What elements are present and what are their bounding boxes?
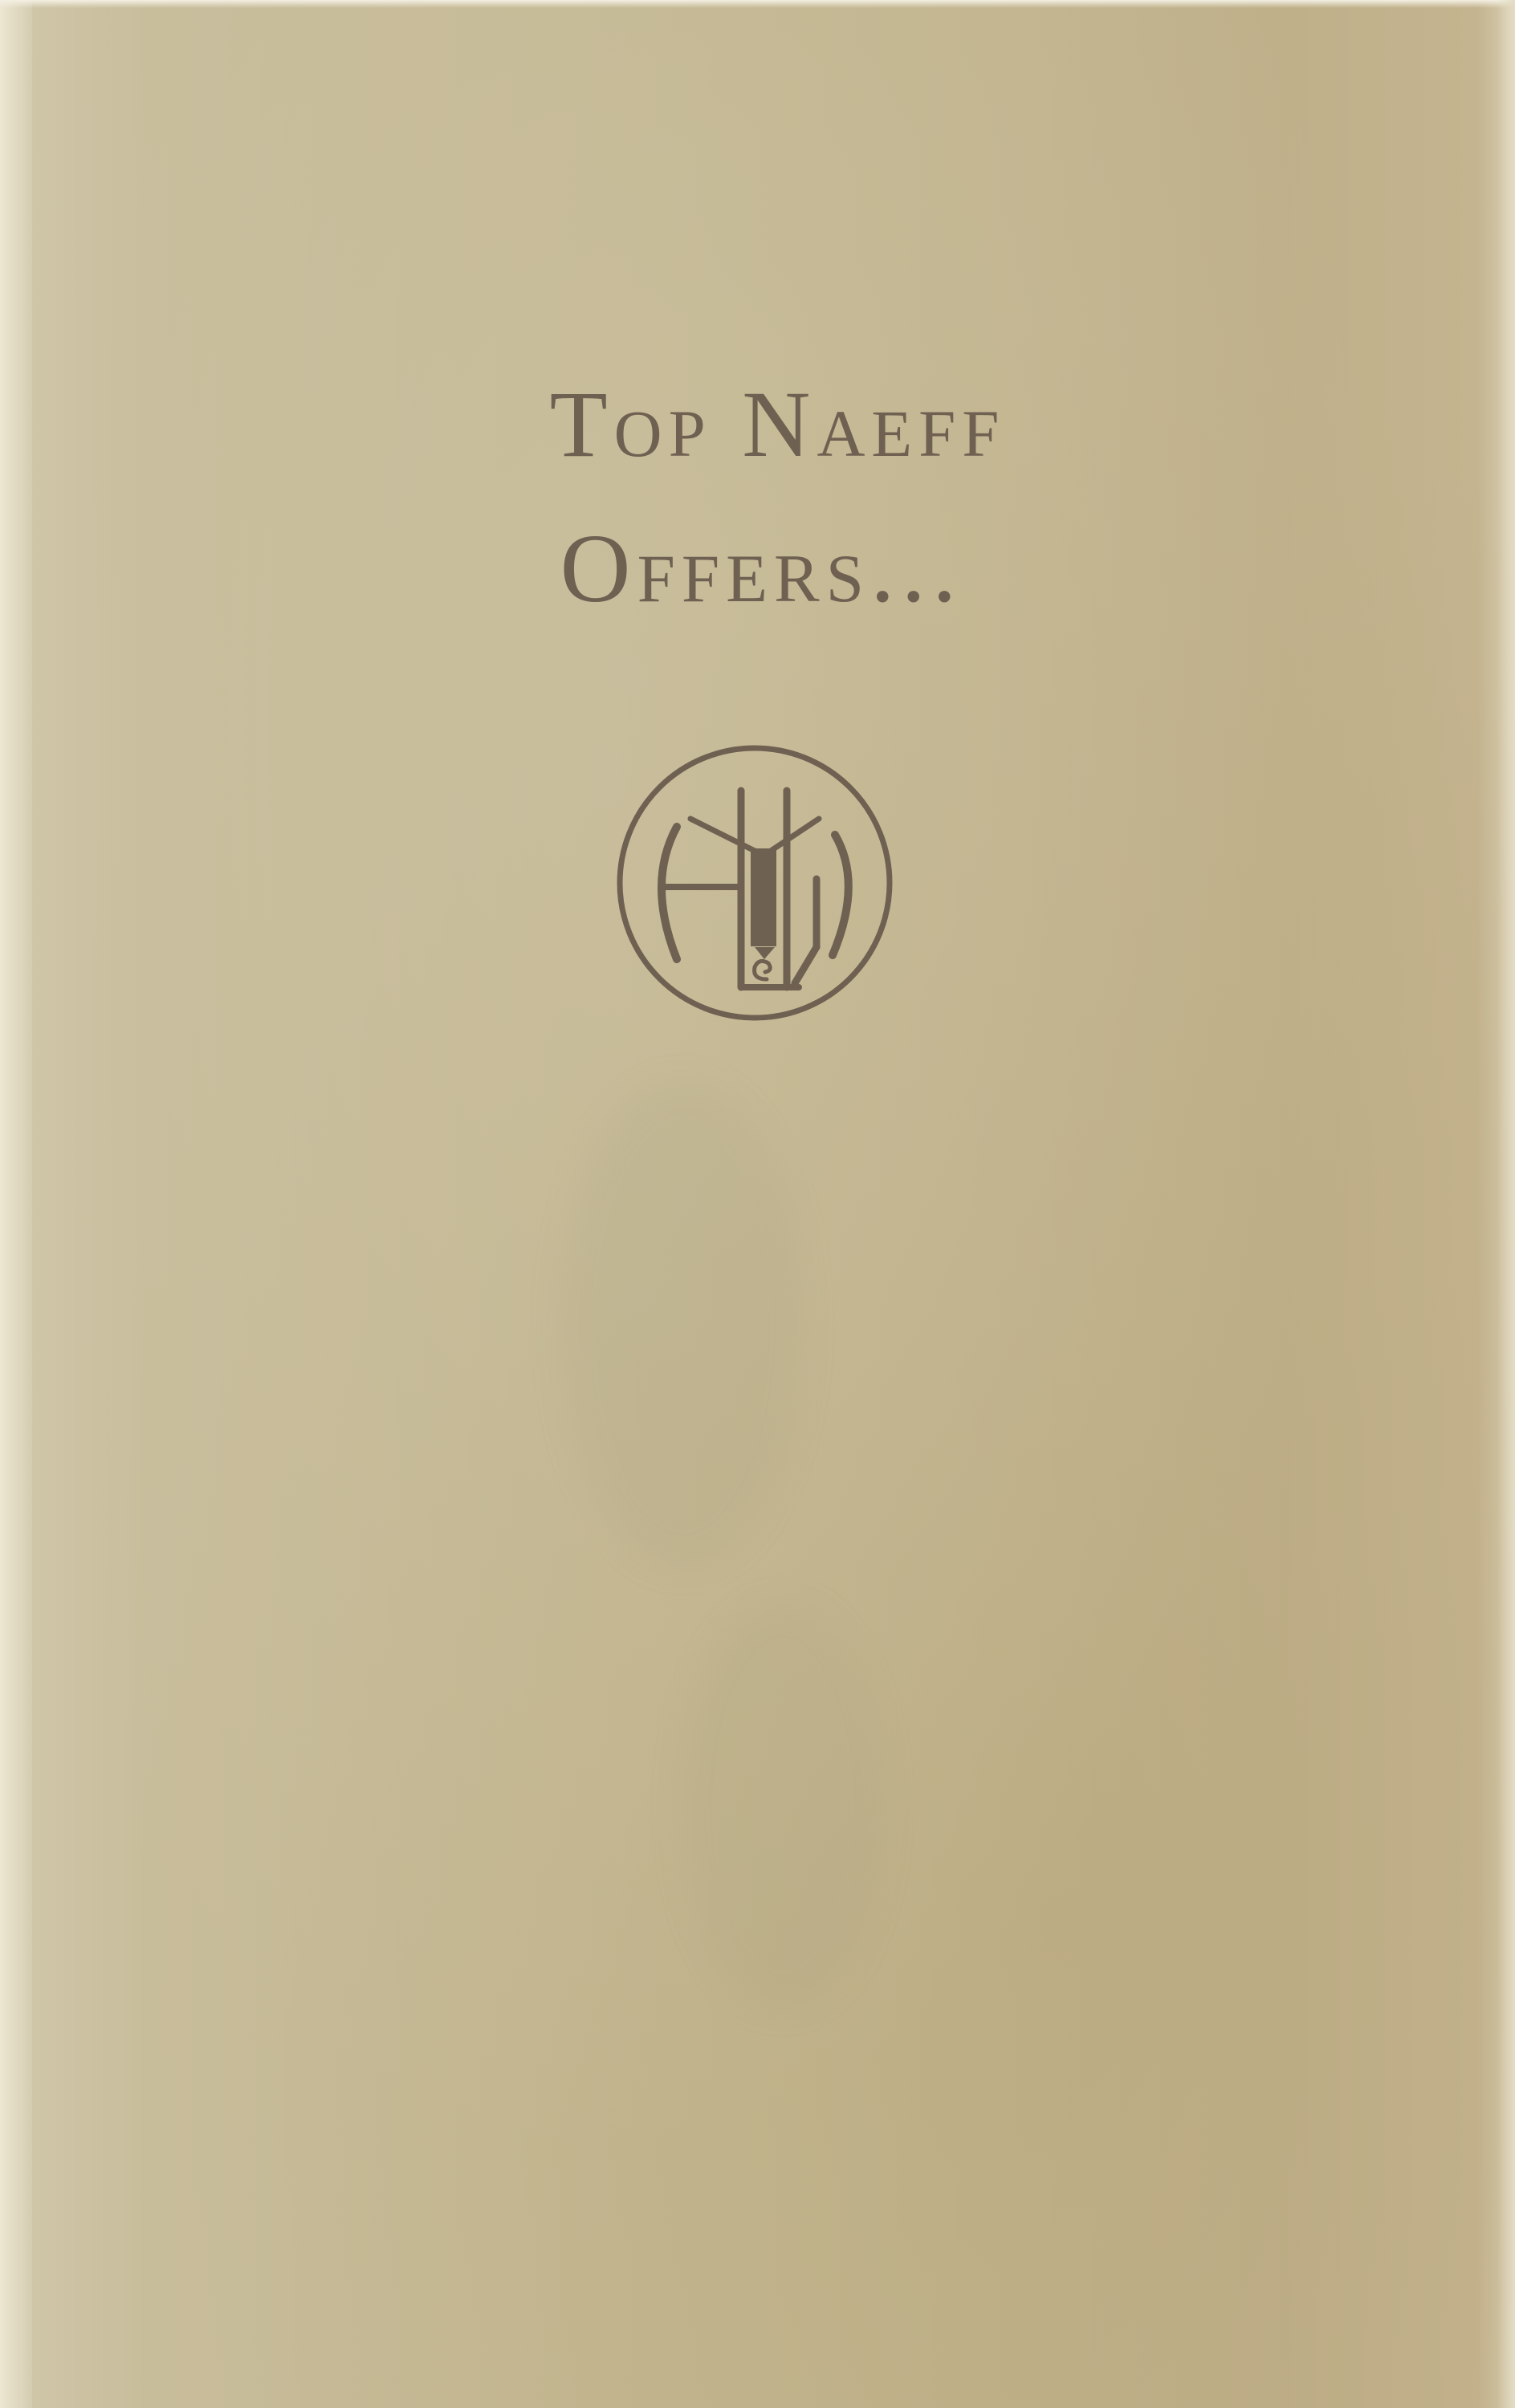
spine-edge (0, 0, 32, 2408)
paper-stain (562, 1084, 803, 1565)
cover-title: Top Naeff Offers... (0, 377, 1515, 618)
title-line-1: Top Naeff (40, 377, 1515, 472)
paper-stain (682, 1605, 883, 2007)
book-cover: Top Naeff Offers... (0, 0, 1515, 2408)
title-line-2: Offers... (8, 520, 1515, 618)
hw-monogram-icon (614, 742, 895, 1023)
top-edge (0, 0, 1515, 8)
right-edge (1497, 0, 1515, 2408)
